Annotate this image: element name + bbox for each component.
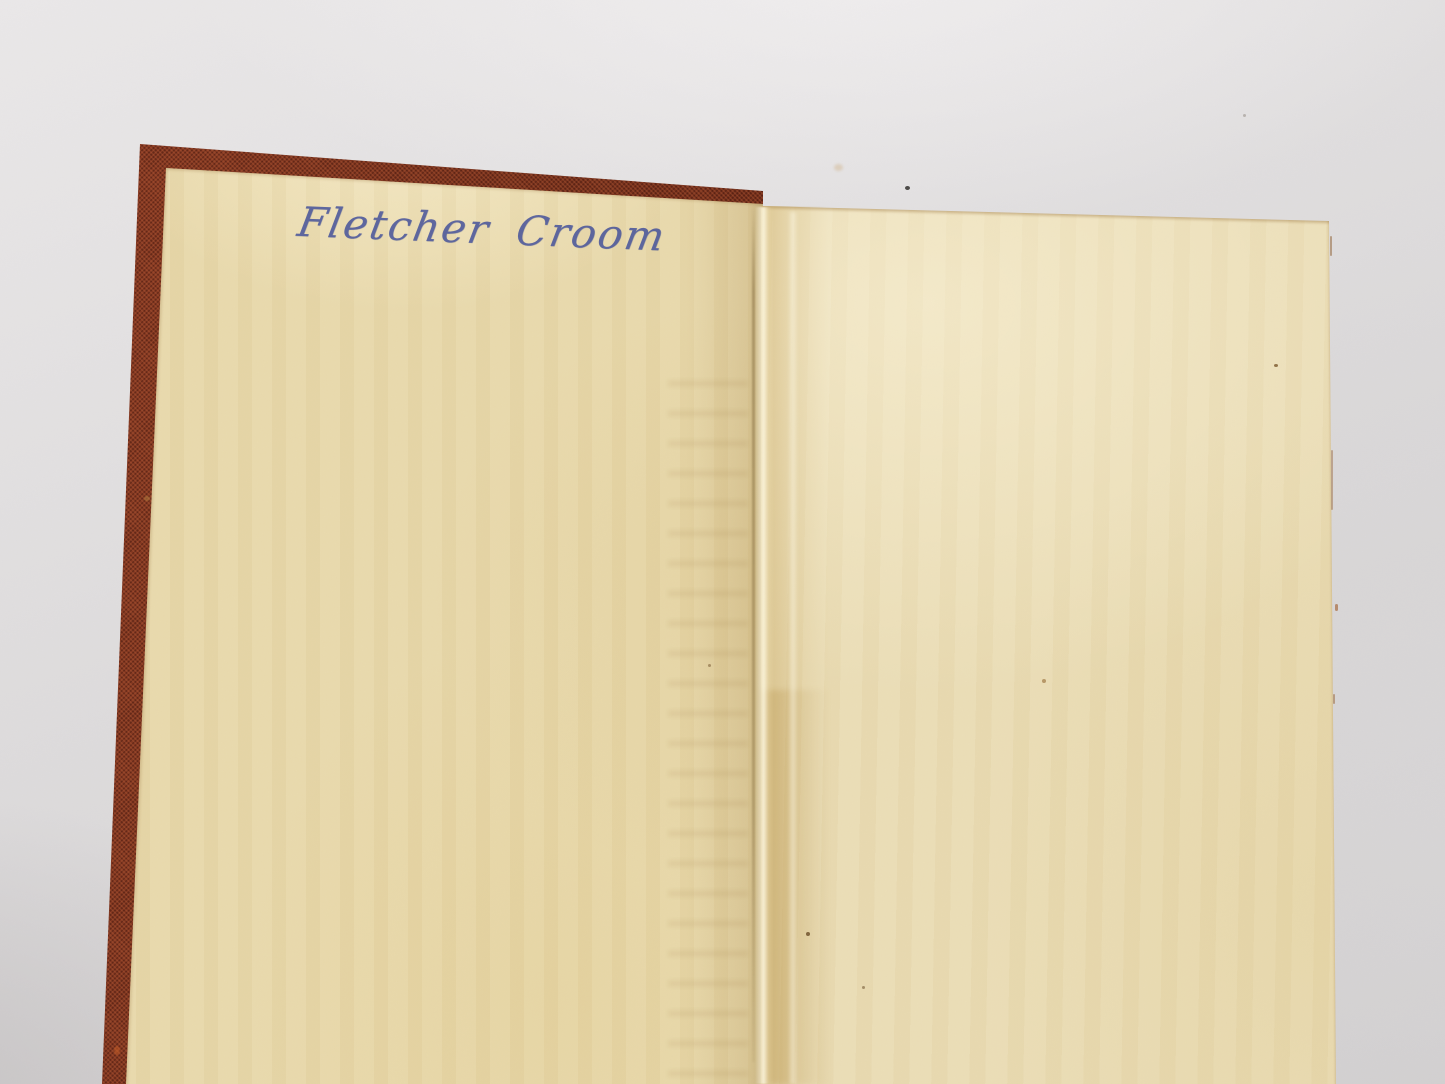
gutter-fold-highlight xyxy=(755,207,774,1084)
page-speck xyxy=(862,986,865,989)
page-speck xyxy=(1042,679,1046,683)
book-photo: Fletcher Croom xyxy=(0,0,1445,1084)
backdrop-speck xyxy=(905,186,910,190)
backdrop-foxing-spot xyxy=(834,164,843,171)
backdrop-speck xyxy=(1243,114,1246,117)
fore-edge-mark xyxy=(1330,236,1332,256)
endpaper-speck xyxy=(708,664,711,667)
endpaper-foxing-spot xyxy=(144,496,150,501)
page-speck xyxy=(1274,364,1278,367)
flyleaf-crease-highlight xyxy=(788,212,798,1084)
fore-edge-mark xyxy=(1331,450,1333,510)
fore-edge-mark xyxy=(1333,694,1335,704)
page-speck xyxy=(806,932,810,936)
cover-edge-wear-mark xyxy=(114,1046,120,1055)
fore-edge-mark xyxy=(1335,604,1338,611)
gutter-shadow-bottom xyxy=(761,690,849,1084)
